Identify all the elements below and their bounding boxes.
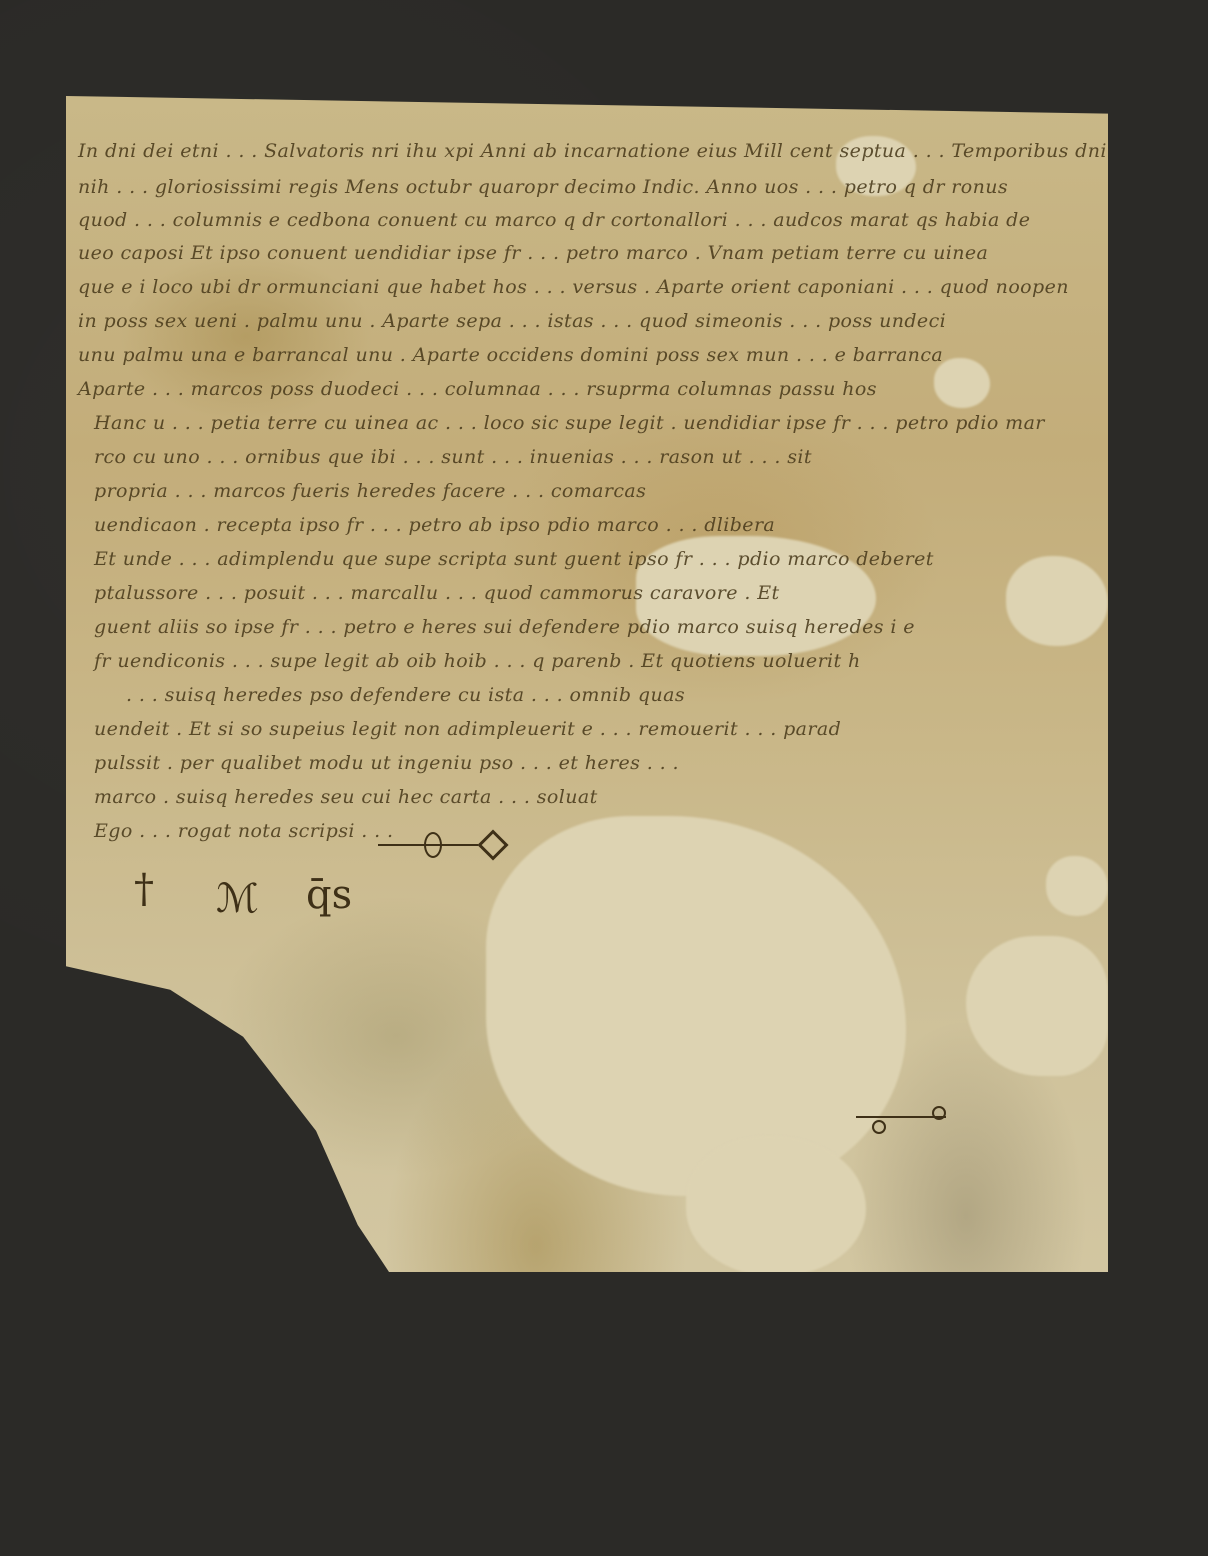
- text-line: pulssit . per qualibet modu ut ingeniu p…: [94, 752, 679, 774]
- text-line: nih . . . gloriosissimi regis Mens octub…: [78, 176, 1008, 198]
- text-line: Et unde . . . adimplendu que supe script…: [94, 548, 934, 570]
- text-line: Hanc u . . . petia terre cu uinea ac . .…: [94, 412, 1045, 434]
- text-line: rco cu uno . . . ornibus que ibi . . . s…: [94, 446, 812, 468]
- text-line: quod . . . columnis e cedbona conuent cu…: [78, 209, 1030, 231]
- signum-ring: [932, 1106, 946, 1120]
- damage-lacuna: [686, 1136, 866, 1276]
- signum-cross-mark: †: [134, 866, 154, 912]
- notarial-ring: [424, 832, 442, 858]
- text-line: in poss sex ueni . palmu unu . Aparte se…: [78, 310, 946, 332]
- text-line: ptalussore . . . posuit . . . marcallu .…: [94, 582, 780, 604]
- text-line: uendeit . Et si so supeius legit non adi…: [94, 718, 841, 740]
- text-line: fr uendiconis . . . supe legit ab oib ho…: [94, 650, 861, 672]
- text-line: uendicaon . recepta ipso fr . . . petro …: [94, 514, 775, 536]
- text-line: unu palmu una e barrancal unu . Aparte o…: [78, 344, 943, 366]
- damage-lacuna: [486, 816, 906, 1196]
- signum-abbrev: q̄s: [306, 872, 352, 918]
- text-line: In dni dei etni . . . Salvatoris nri ihu…: [78, 140, 1166, 162]
- text-line: ueo caposi Et ipso conuent uendidiar ips…: [78, 242, 988, 264]
- signum-ring: [872, 1120, 886, 1134]
- notarial-diamond: [477, 829, 508, 860]
- text-line: Ego . . . rogat nota scripsi . . .: [94, 820, 394, 842]
- text-line: . . . suisq heredes pso defendere cu ist…: [126, 684, 685, 706]
- text-line: que e i loco ubi dr ormunciani que habet…: [78, 276, 1069, 298]
- text-line: guent aliis so ipse fr . . . petro e her…: [94, 616, 915, 638]
- damage-lacuna: [1046, 856, 1108, 916]
- text-line: propria . . . marcos fueris heredes face…: [94, 480, 646, 502]
- signum-letter: ℳ: [216, 876, 259, 922]
- damage-lacuna: [966, 936, 1108, 1076]
- text-line: Aparte . . . marcos poss duodeci . . . c…: [78, 378, 877, 400]
- text-line: marco . suisq heredes seu cui hec carta …: [94, 786, 598, 808]
- damage-lacuna: [1006, 556, 1108, 646]
